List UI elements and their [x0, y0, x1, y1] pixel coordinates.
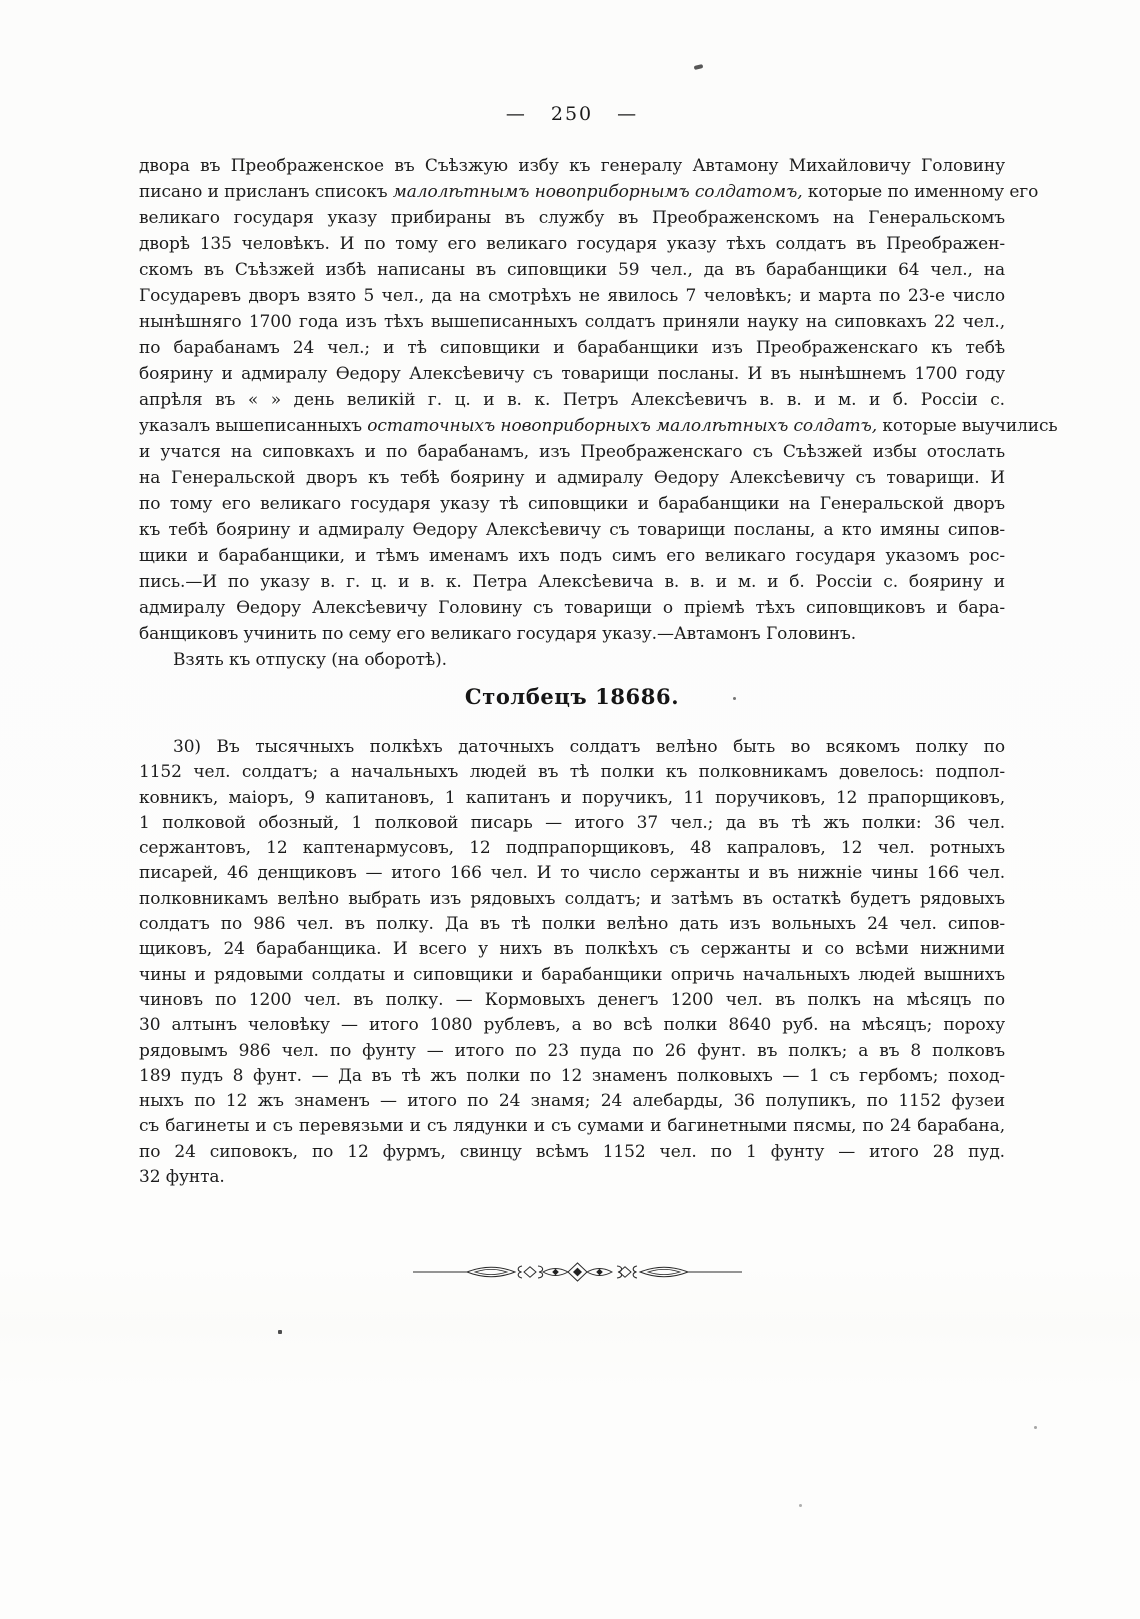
- text-line: на Генеральской дворъ къ тебѣ боярину и …: [139, 465, 1005, 491]
- text-line: 1152 чел. солдатъ; а начальныхъ людей въ…: [139, 760, 1005, 785]
- page-number: — 250 —: [139, 103, 1005, 125]
- text-line: 30) Въ тысячныхъ полкѣхъ даточныхъ солда…: [139, 735, 1005, 760]
- text-line: нынѣшняго 1700 года изъ тѣхъ вышеписанны…: [139, 309, 1005, 335]
- text-line: адмиралу Ѳедору Алексѣевичу Головину съ …: [139, 595, 1005, 621]
- text-line: пись.—И по указу в. г. ц. и в. к. Петра …: [139, 569, 1005, 595]
- text-line: 30 алтынъ человѣку — итого 1080 рублевъ,…: [139, 1013, 1005, 1038]
- section-heading: Столбецъ 18686.: [139, 684, 1005, 709]
- text-line: полковникамъ велѣно выбрать изъ рядовыхъ…: [139, 887, 1005, 912]
- text-line: Государевъ дворъ взято 5 чел., да на смо…: [139, 283, 1005, 309]
- scan-speck: [1034, 1426, 1037, 1429]
- text-line: писано и присланъ списокъ малолѣтнымъ но…: [139, 179, 1005, 205]
- scan-speck: [278, 1330, 282, 1334]
- text-line: ныхъ по 12 жъ знаменъ — итого по 24 знам…: [139, 1089, 1005, 1114]
- divider-ornament-icon: [412, 1257, 743, 1287]
- text-line: рядовымъ 986 чел. по фунту — итого по 23…: [139, 1039, 1005, 1064]
- text-line: 189 пудъ 8 фунт. — Да въ тѣ жъ полки по …: [139, 1064, 1005, 1089]
- text-line: указалъ вышеписанныхъ остаточныхъ новопр…: [139, 413, 1005, 439]
- text-line: сержантовъ, 12 каптенармусовъ, 12 подпра…: [139, 836, 1005, 861]
- text-line: по 24 сиповокъ, по 12 фурмъ, свинцу всѣм…: [139, 1140, 1005, 1165]
- text-line: двора въ Преображенское въ Съѣзжую избу …: [139, 153, 1005, 179]
- scan-speck: [694, 64, 704, 70]
- text-line: съ багинеты и съ перевязьми и съ лядунки…: [139, 1114, 1005, 1139]
- text-line: солдатъ по 986 чел. въ полку. Да въ тѣ п…: [139, 912, 1005, 937]
- text-line: боярину и адмиралу Ѳедору Алексѣевичу съ…: [139, 361, 1005, 387]
- paragraph-column-18686: 30) Въ тысячныхъ полкѣхъ даточныхъ солда…: [139, 735, 1005, 1190]
- text-line: 1 полковой обозный, 1 полковой писарь — …: [139, 811, 1005, 836]
- book-page: — 250 — двора въ Преображенское въ Съѣзж…: [0, 0, 1140, 1619]
- text-line: апрѣля въ « » день великій г. ц. и в. к.…: [139, 387, 1005, 413]
- scan-speck: [733, 697, 736, 700]
- text-line: по барабанамъ 24 чел.; и тѣ сиповщики и …: [139, 335, 1005, 361]
- text-line: писарей, 46 денщиковъ — итого 166 чел. И…: [139, 861, 1005, 886]
- text-line: скомъ въ Съѣзжей избѣ написаны въ сиповщ…: [139, 257, 1005, 283]
- text-line: къ тебѣ боярину и адмиралу Ѳедору Алексѣ…: [139, 517, 1005, 543]
- text-line: чины и рядовыми солдаты и сиповщики и ба…: [139, 963, 1005, 988]
- text-line: щики и барабанщики, и тѣмъ именамъ ихъ п…: [139, 543, 1005, 569]
- text-line: щиковъ, 24 барабанщика. И всего у нихъ в…: [139, 937, 1005, 962]
- text-line: великаго государя указу прибираны въ слу…: [139, 205, 1005, 231]
- text-line: по тому его великаго государя указу тѣ с…: [139, 491, 1005, 517]
- paragraph-document-text: двора въ Преображенское въ Съѣзжую избу …: [139, 153, 1005, 673]
- text-line: Взять къ отпуску (на оборотѣ).: [139, 647, 1005, 673]
- text-line: банщиковъ учинить по сему его великаго г…: [139, 621, 1005, 647]
- scan-speck: [799, 1504, 802, 1507]
- text-line: ковникъ, маіоръ, 9 капитановъ, 1 капитан…: [139, 786, 1005, 811]
- text-line: 32 фунта.: [139, 1165, 1005, 1190]
- text-line: чиновъ по 1200 чел. въ полку. — Кормовых…: [139, 988, 1005, 1013]
- text-line: и учатся на сиповкахъ и по барабанамъ, и…: [139, 439, 1005, 465]
- text-line: дворѣ 135 человѣкъ. И по тому его велика…: [139, 231, 1005, 257]
